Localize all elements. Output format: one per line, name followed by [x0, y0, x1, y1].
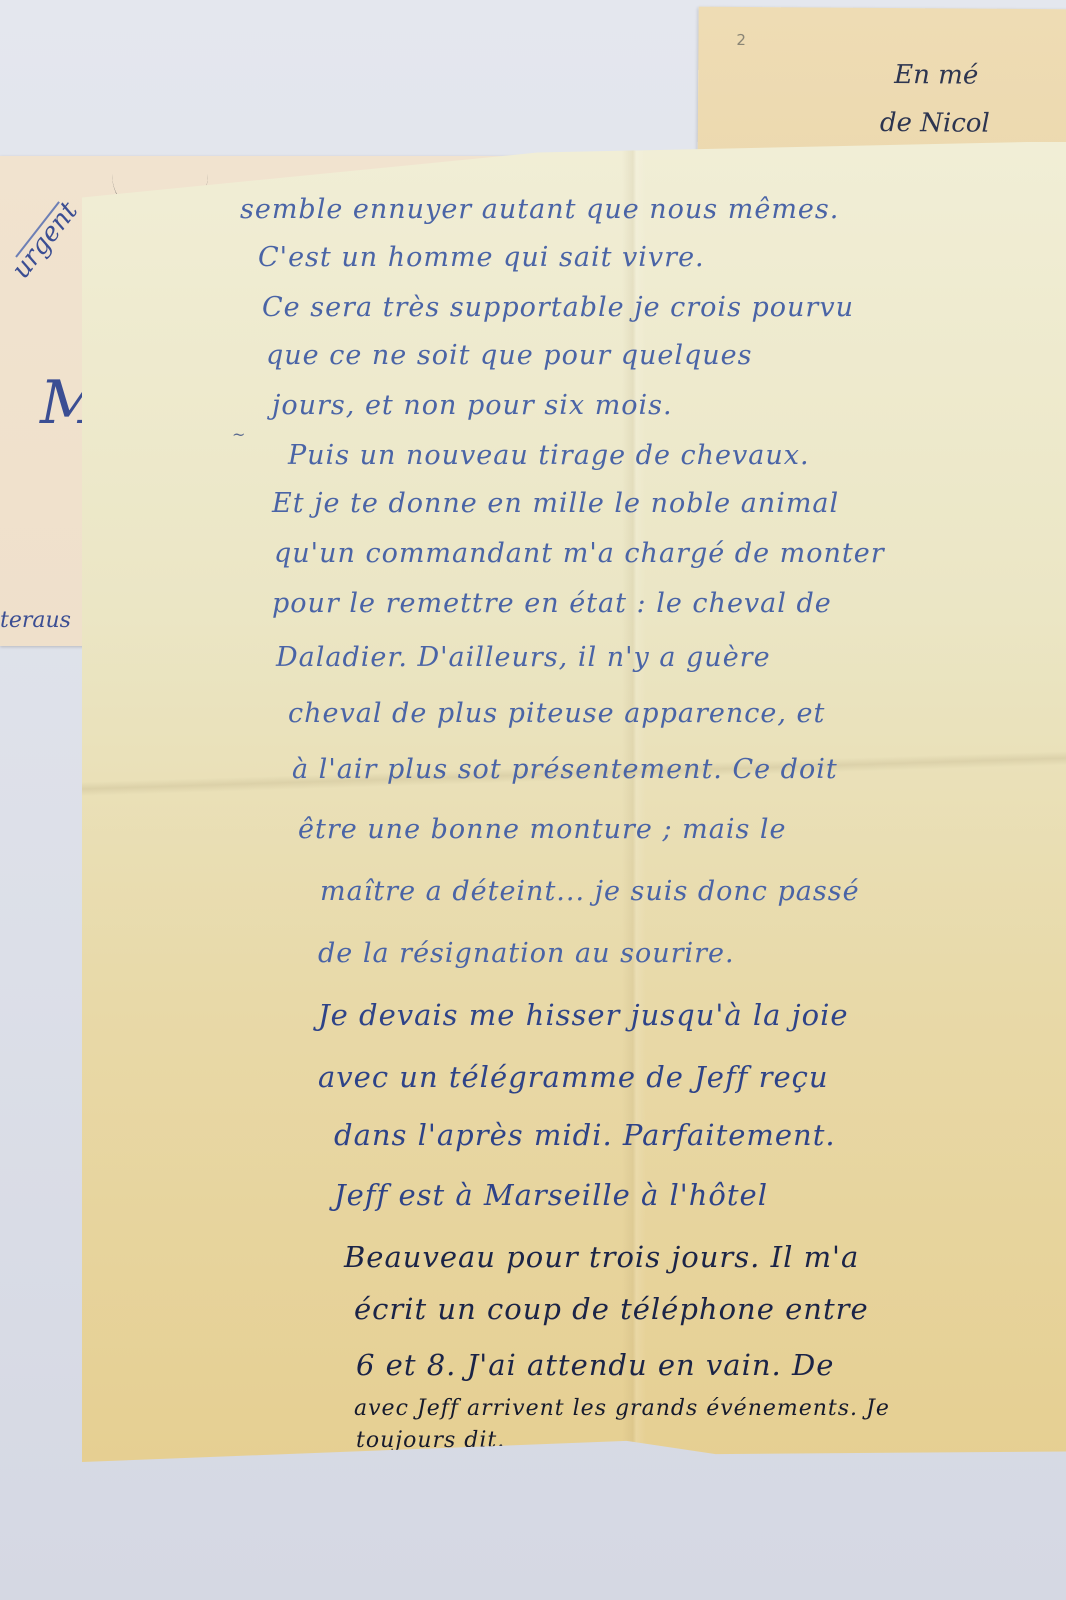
- letter-line: jours, et non pour six mois.: [272, 390, 673, 421]
- letter-line: toujours dit.: [356, 1428, 505, 1453]
- letter-line: de la résignation au sourire.: [318, 938, 735, 969]
- envelope-annotation-urgent: urgent: [6, 196, 84, 284]
- letter-line: pour le remettre en état : le cheval de: [272, 588, 832, 619]
- letter-page: ~ semble ennuyer autant que nous mêmes. …: [82, 142, 1066, 1462]
- letter-line: maître a déteint... je suis donc passé: [320, 876, 860, 907]
- letter-line: que ce ne soit que pour quelques: [266, 340, 753, 371]
- letter-line: qu'un commandant m'a chargé de monter: [274, 538, 885, 569]
- page2-line: En mé: [894, 60, 978, 91]
- envelope-address-fragment: teraus: [0, 608, 71, 633]
- letter-line: à l'air plus sot présentement. Ce doit: [292, 754, 838, 785]
- letter-line: Je devais me hisser jusqu'à la joie: [318, 998, 849, 1032]
- letter-line: Ce sera très supportable je crois pourvu: [262, 292, 854, 323]
- margin-arrow-mark: ~: [232, 425, 245, 444]
- letter-line: Beauveau pour trois jours. Il m'a: [344, 1240, 859, 1274]
- letter-line: 6 et 8. J'ai attendu en vain. De: [356, 1348, 834, 1382]
- letter-line: cheval de plus piteuse apparence, et: [288, 698, 825, 729]
- letter-line: dans l'après midi. Parfaitement.: [334, 1118, 836, 1152]
- letter-line: avec Jeff arrivent les grands événements…: [354, 1396, 890, 1421]
- letter-line: être une bonne monture ; mais le: [298, 814, 787, 845]
- page-number: 2: [736, 31, 746, 49]
- letter-line: C'est un homme qui sait vivre.: [258, 242, 705, 273]
- letter-line: semble ennuyer autant que nous mêmes.: [240, 194, 839, 225]
- page2-line: de Nicol: [880, 108, 990, 139]
- letter-line: Et je te donne en mille le noble animal: [272, 488, 839, 519]
- letter-line: avec un télégramme de Jeff reçu: [318, 1060, 829, 1094]
- letter-line: Daladier. D'ailleurs, il n'y a guère: [276, 642, 771, 673]
- letter-line: Puis un nouveau tirage de chevaux.: [288, 440, 810, 471]
- letter-line: Jeff est à Marseille à l'hôtel: [334, 1178, 768, 1212]
- letter-line: écrit un coup de téléphone entre: [354, 1292, 869, 1326]
